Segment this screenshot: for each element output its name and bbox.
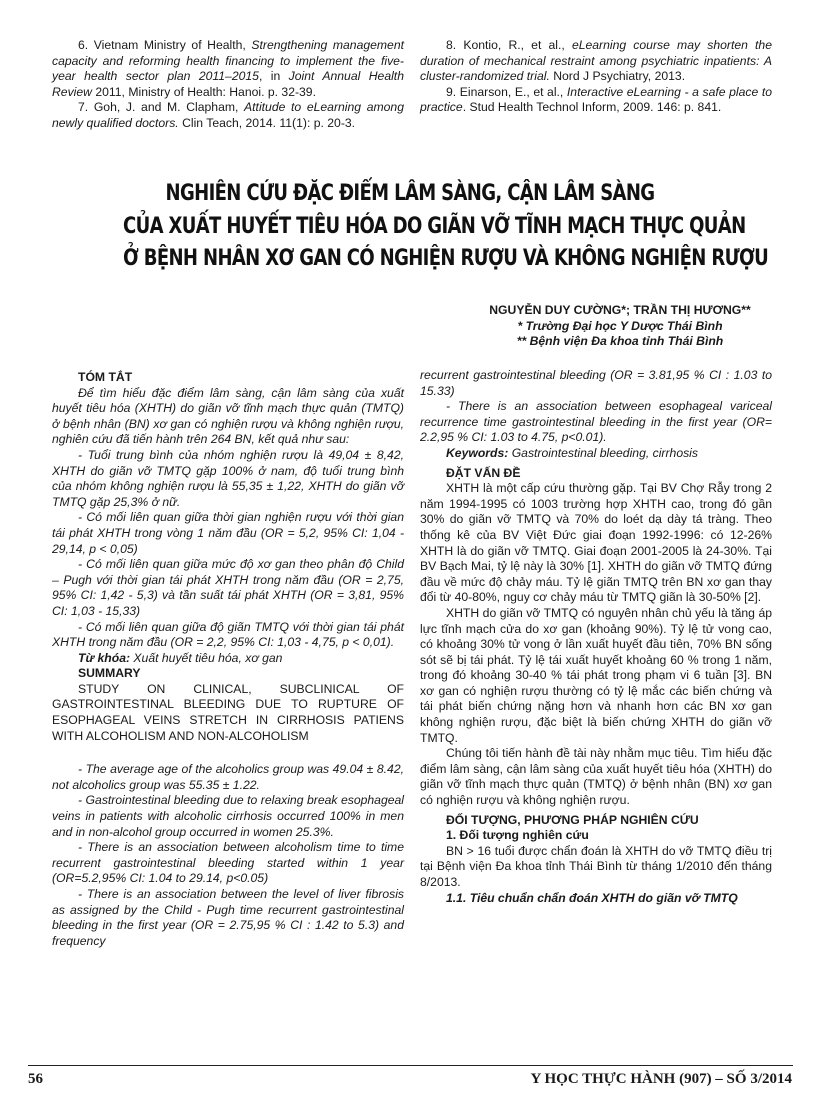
summary-point-4-cont: recurrent gastrointestinal bleeding (OR …: [420, 368, 772, 399]
article-title: NGHIÊN CỨU ĐẶC ĐIỂM LÂM SÀNG, CẬN LÂM SÀ…: [123, 178, 697, 276]
methods-subheading: 1. Đối tượng nghiên cứu: [420, 828, 772, 844]
introduction-heading: ĐẶT VẤN ĐỀ: [420, 466, 772, 482]
abstract-vi-point-2: - Có mối liên quan giữa thời gian nghiện…: [52, 510, 404, 557]
abstract-vi-keywords: Từ khóa: Xuất huyết tiêu hóa, xơ gan: [52, 651, 404, 667]
right-column: recurrent gastrointestinal bleeding (OR …: [420, 368, 772, 906]
introduction-paragraph-1: XHTH là một cấp cứu thường gặp. Tại BV C…: [420, 481, 772, 606]
reference-6: 6. Vietnam Ministry of Health, Strengthe…: [52, 38, 404, 100]
title-line-2: CỦA XUẤT HUYẾT TIÊU HÓA DO GIÃN VỠ TĨNH …: [123, 211, 697, 244]
author-block: NGUYỄN DUY CƯỜNG*; TRẦN THỊ HƯƠNG** * Tr…: [420, 303, 820, 350]
references-left-column: 6. Vietnam Ministry of Health, Strengthe…: [52, 38, 404, 132]
summary-point-2: - Gastrointestinal bleeding due to relax…: [52, 793, 404, 840]
summary-point-4: - There is an association between the le…: [52, 887, 404, 949]
summary-heading: SUMMARY: [52, 666, 404, 682]
spacer: [52, 744, 404, 758]
author-names: NGUYỄN DUY CƯỜNG*; TRẦN THỊ HƯƠNG**: [420, 303, 820, 319]
page-number: 56: [28, 1071, 43, 1088]
summary-point-1: - The average age of the alcoholics grou…: [52, 762, 404, 793]
references-right-column: 8. Kontio, R., et al., eLearning course …: [420, 38, 772, 116]
methods-paragraph: BN > 16 tuổi được chẩn đoán là XHTH do v…: [420, 844, 772, 891]
left-column: TÓM TẮT Để tìm hiểu đặc điểm lâm sàng, c…: [52, 370, 404, 949]
title-line-3: Ở BỆNH NHÂN XƠ GAN CÓ NGHIỆN RƯỢU VÀ KHÔ…: [123, 243, 697, 276]
summary-point-3: - There is an association between alcoho…: [52, 840, 404, 887]
footer-divider: [28, 1065, 793, 1066]
reference-7: 7. Goh, J. and M. Clapham, Attitude to e…: [52, 100, 404, 131]
summary-point-5: - There is an association between esopha…: [420, 399, 772, 446]
methods-subsubheading: 1.1. Tiêu chuẩn chẩn đoán XHTH do giãn v…: [420, 891, 772, 907]
title-line-1: NGHIÊN CỨU ĐẶC ĐIỂM LÂM SÀNG, CẬN LÂM SÀ…: [123, 178, 697, 211]
abstract-vi-intro: Để tìm hiểu đặc điểm lâm sàng, cận lâm s…: [52, 386, 404, 448]
reference-8: 8. Kontio, R., et al., eLearning course …: [420, 38, 772, 85]
summary-keywords: Keywords: Gastrointestinal bleeding, cir…: [420, 446, 772, 462]
abstract-vi-point-4: - Có mối liên quan giữa độ giãn TMTQ với…: [52, 620, 404, 651]
journal-issue: Y HỌC THỰC HÀNH (907) – SỐ 3/2014: [530, 1071, 792, 1088]
affiliation-1: * Trường Đại học Y Dược Thái Bình: [420, 319, 820, 335]
abstract-vi-point-3: - Có mối liên quan giữa mức độ xơ gan th…: [52, 557, 404, 619]
methods-heading: ĐỐI TƯỢNG, PHƯƠNG PHÁP NGHIÊN CỨU: [420, 813, 772, 829]
summary-title: STUDY ON CLINICAL, SUBCLINICAL OF GASTRO…: [52, 682, 404, 744]
introduction-paragraph-2: XHTH do giãn vỡ TMTQ có nguyên nhân chủ …: [420, 606, 772, 746]
abstract-vi-heading: TÓM TẮT: [52, 370, 404, 386]
introduction-paragraph-3: Chúng tôi tiến hành đề tài này nhằm mục …: [420, 746, 772, 808]
abstract-vi-point-1: - Tuổi trung bình của nhóm nghiện rượu l…: [52, 448, 404, 510]
reference-9: 9. Einarson, E., et al., Interactive eLe…: [420, 85, 772, 116]
affiliation-2: ** Bệnh viện Đa khoa tỉnh Thái Bình: [420, 334, 820, 350]
